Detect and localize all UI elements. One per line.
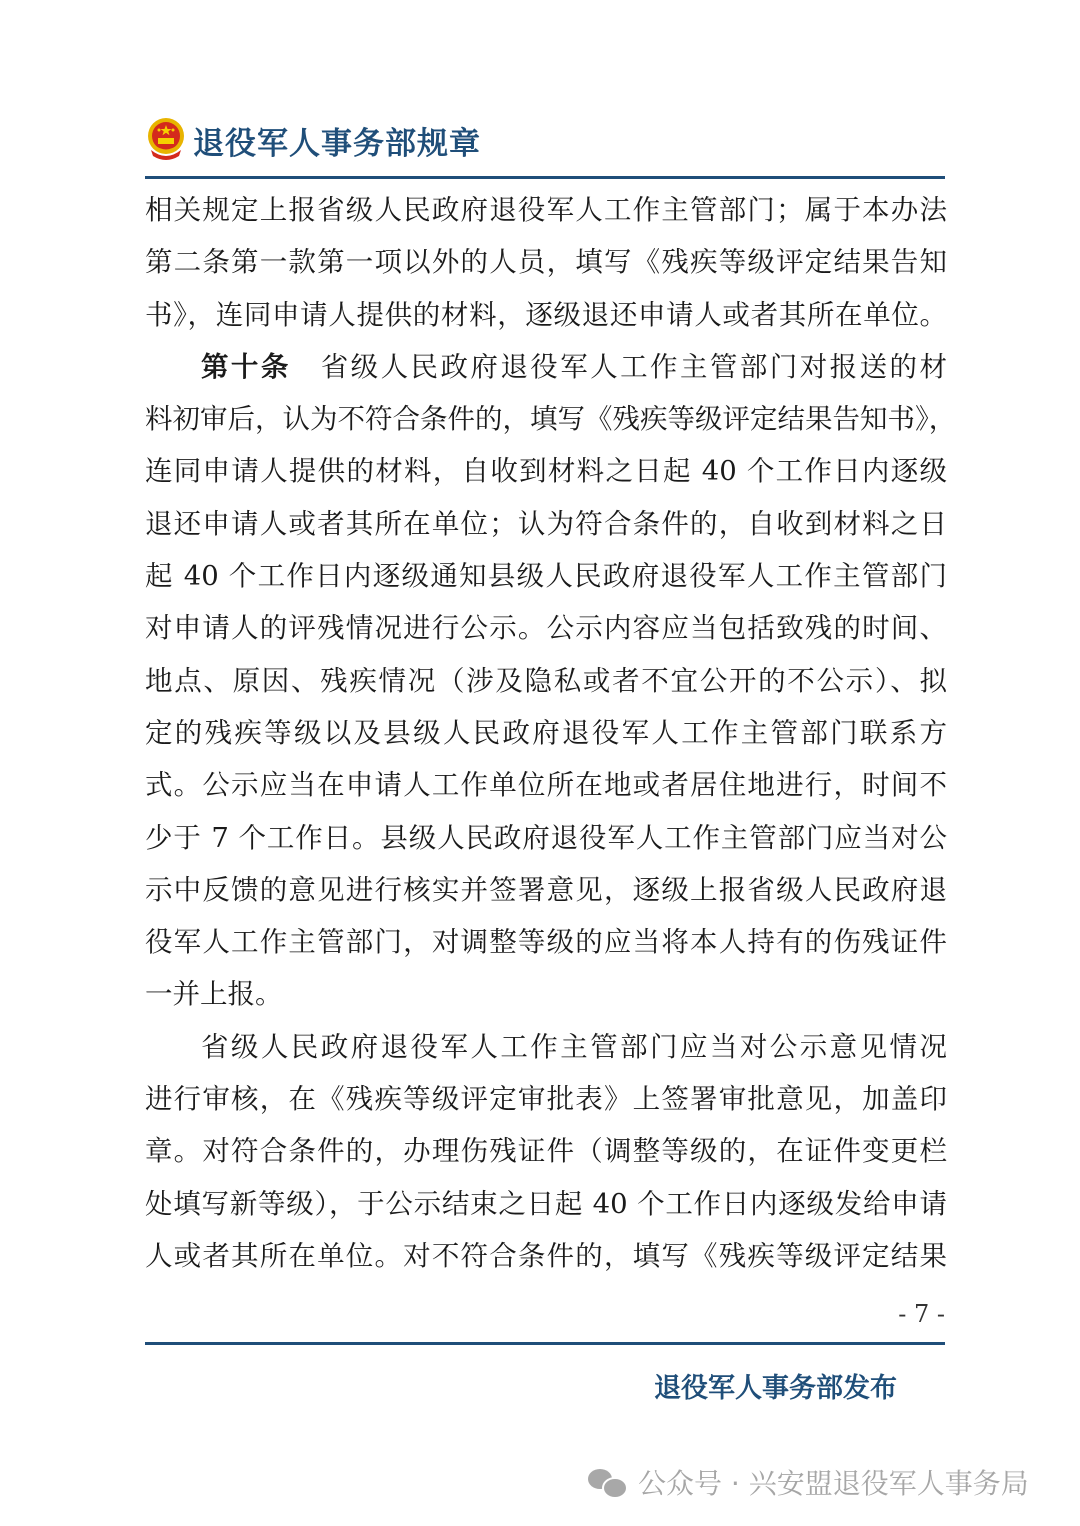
body-line: 连同申请人提供的材料，自收到材料之日起 40 个工作日内逐级 — [145, 445, 947, 497]
body-line: 处填写新等级），于公示结束之日起 40 个工作日内逐级发给申请 — [145, 1178, 947, 1230]
document-header: 退役军人事务部规章 — [145, 112, 481, 168]
footer-divider — [145, 1342, 945, 1345]
body-line: 退还申请人或者其所在单位；认为符合条件的，自收到材料之日 — [145, 498, 947, 550]
wechat-watermark: 公众号 · 兴安盟退役军人事务局 — [588, 1462, 1029, 1502]
header-divider — [145, 176, 945, 179]
body-line: 一并上报。 — [145, 968, 947, 1020]
body-line: 章。对符合条件的，办理伤残证件（调整等级的，在证件变更栏 — [145, 1125, 947, 1177]
body-line: 地点、原因、残疾情况（涉及隐私或者不宜公开的不公示）、拟 — [145, 655, 947, 707]
body-line: 起 40 个工作日内逐级通知县级人民政府退役军人工作主管部门 — [145, 550, 947, 602]
body-line: 少于 7 个工作日。县级人民政府退役军人工作主管部门应当对公 — [145, 812, 947, 864]
article-first-line: 第十条 省级人民政府退役军人工作主管部门对报送的材 — [145, 341, 947, 393]
body-line: 示中反馈的意见进行核实并签署意见，逐级上报省级人民政府退 — [145, 864, 947, 916]
body-line: 料初审后，认为不符合条件的，填写《残疾等级评定结果告知书》， — [145, 393, 947, 445]
national-emblem-icon — [145, 116, 187, 164]
watermark-text: 公众号 · 兴安盟退役军人事务局 — [638, 1462, 1029, 1502]
body-line: 役军人工作主管部门，对调整等级的应当将本人持有的伤残证件 — [145, 916, 947, 968]
body-line: 书》，连同申请人提供的材料，逐级退还申请人或者其所在单位。 — [145, 289, 947, 341]
body-line: 进行审核，在《残疾等级评定审批表》上签署审批意见，加盖印 — [145, 1073, 947, 1125]
article-label: 第十条 — [201, 351, 291, 383]
article-text: 省级人民政府退役军人工作主管部门对报送的材 — [321, 351, 947, 383]
body-line: 第二条第一款第一项以外的人员，填写《残疾等级评定结果告知 — [145, 236, 947, 288]
publisher-label: 退役军人事务部发布 — [654, 1366, 897, 1405]
page-number: - 7 - — [898, 1300, 945, 1328]
body-line: 对申请人的评残情况进行公示。公示内容应当包括致残的时间、 — [145, 602, 947, 654]
body-line: 相关规定上报省级人民政府退役军人工作主管部门；属于本办法 — [145, 184, 947, 236]
body-line: 定的残疾等级以及县级人民政府退役军人工作主管部门联系方 — [145, 707, 947, 759]
document-body: 相关规定上报省级人民政府退役军人工作主管部门；属于本办法 第二条第一款第一项以外… — [145, 184, 947, 1282]
wechat-icon — [588, 1467, 626, 1497]
paragraph-first-line: 省级人民政府退役军人工作主管部门应当对公示意见情况 — [145, 1021, 947, 1073]
body-line: 式。公示应当在申请人工作单位所在地或者居住地进行，时间不 — [145, 759, 947, 811]
header-title: 退役军人事务部规章 — [193, 118, 481, 163]
body-line: 人或者其所在单位。对不符合条件的，填写《残疾等级评定结果 — [145, 1230, 947, 1282]
